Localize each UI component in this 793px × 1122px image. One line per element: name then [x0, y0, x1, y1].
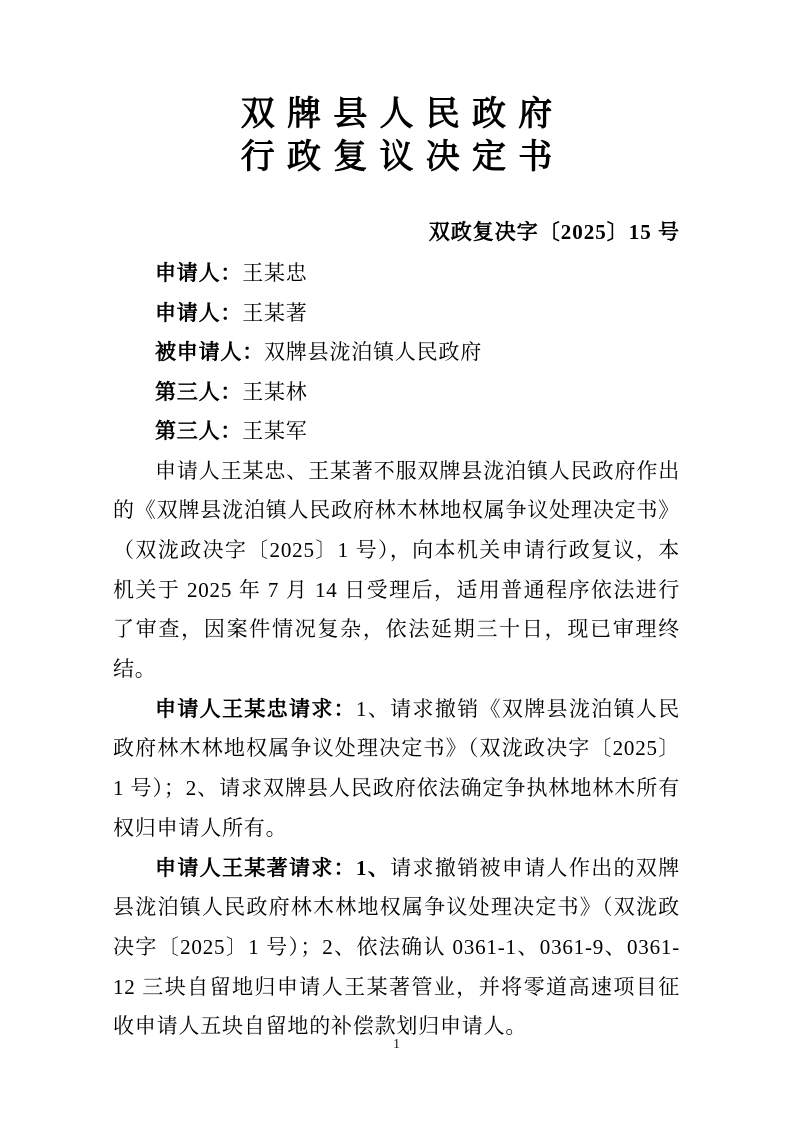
party-line-third-party-1: 第三人：王某林 [113, 373, 680, 413]
paragraph-lead: 申请人王某忠请求： [155, 697, 356, 721]
party-label: 被申请人： [155, 340, 264, 364]
body-paragraph-3: 申请人王某著请求：1、请求撤销被申请人作出的双牌县泷泊镇人民政府林木林地权属争议… [113, 849, 680, 1048]
party-label: 第三人： [155, 380, 242, 404]
party-line-third-party-2: 第三人：王某军 [113, 412, 680, 452]
title-line-2: 行政复议决定书 [113, 136, 680, 179]
title-line-1: 双牌县人民政府 [113, 93, 680, 136]
document-body: 申请人王某忠、王某著不服双牌县泷泊镇人民政府作出的《双牌县泷泊镇人民政府林木林地… [113, 452, 680, 1048]
party-line-applicant-1: 申请人：王某忠 [113, 254, 680, 294]
party-value: 王某忠 [242, 261, 307, 285]
parties-section: 申请人：王某忠 申请人：王某著 被申请人：双牌县泷泊镇人民政府 第三人：王某林 … [113, 254, 680, 452]
party-label: 第三人： [155, 419, 242, 443]
paragraph-text: 请求撤销被申请人作出的双牌县泷泊镇人民政府林木林地权属争议处理决定书》（双泷政决… [113, 856, 680, 1039]
document-number: 双政复决字〔2025〕15 号 [113, 219, 680, 245]
party-value: 王某军 [242, 419, 307, 443]
party-line-respondent: 被申请人：双牌县泷泊镇人民政府 [113, 333, 680, 373]
body-paragraph-1: 申请人王某忠、王某著不服双牌县泷泊镇人民政府作出的《双牌县泷泊镇人民政府林木林地… [113, 452, 680, 690]
party-value: 王某林 [242, 380, 307, 404]
page-number: 1 [0, 1036, 793, 1054]
party-label: 申请人： [155, 301, 242, 325]
paragraph-lead: 申请人王某著请求：1、 [155, 856, 390, 880]
body-paragraph-2: 申请人王某忠请求：1、请求撤销《双牌县泷泊镇人民政府林木林地权属争议处理决定书》… [113, 690, 680, 849]
party-value: 双牌县泷泊镇人民政府 [264, 340, 482, 364]
document-page: 双牌县人民政府 行政复议决定书 双政复决字〔2025〕15 号 申请人：王某忠 … [0, 0, 793, 1122]
party-line-applicant-2: 申请人：王某著 [113, 294, 680, 334]
paragraph-text: 申请人王某忠、王某著不服双牌县泷泊镇人民政府作出的《双牌县泷泊镇人民政府林木林地… [113, 459, 680, 682]
party-label: 申请人： [155, 261, 242, 285]
party-value: 王某著 [242, 301, 307, 325]
document-title: 双牌县人民政府 行政复议决定书 [113, 93, 680, 179]
